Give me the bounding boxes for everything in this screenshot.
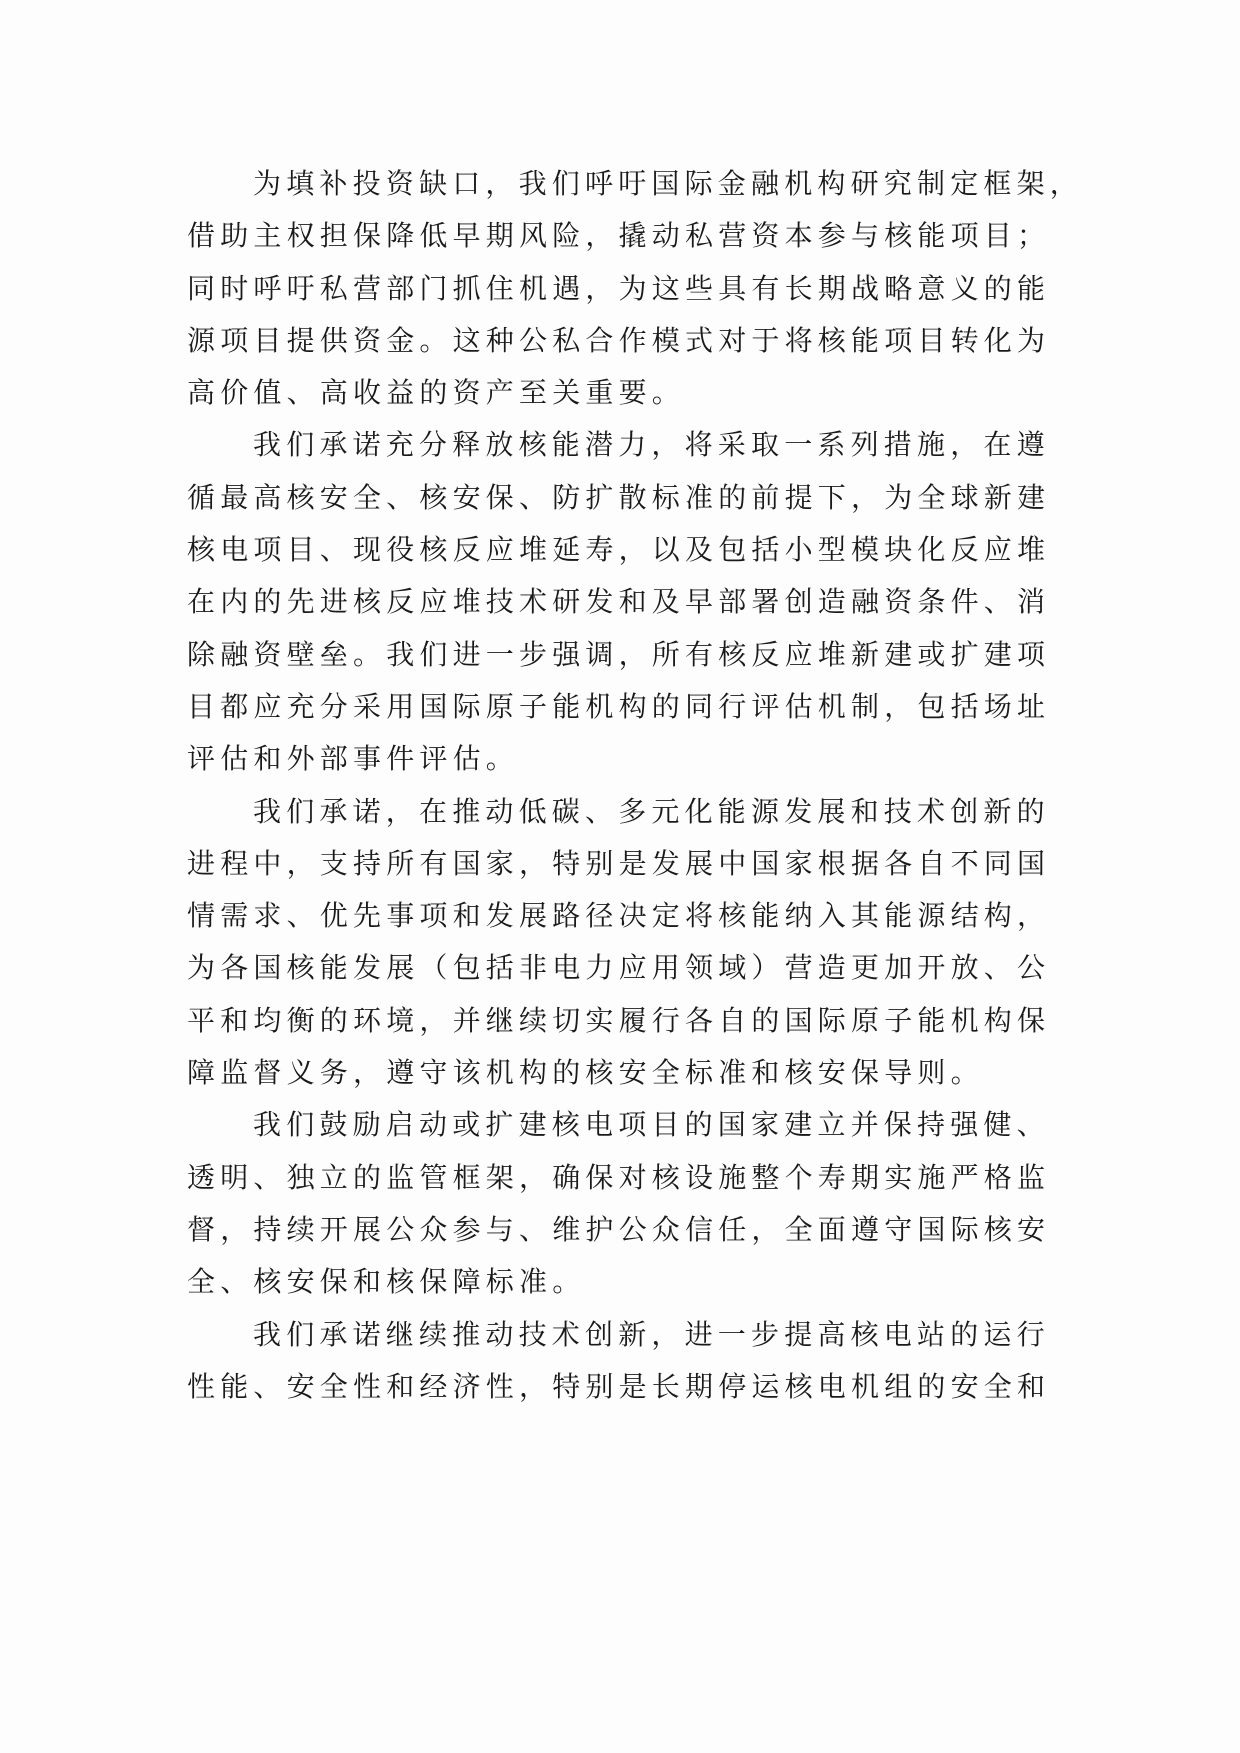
text-line: 全、核安保和核保障标准。 bbox=[187, 1256, 1067, 1308]
text-line: 高价值、高收益的资产至关重要。 bbox=[187, 367, 1067, 419]
text-line: 借助主权担保降低早期风险，撬动私营资本参与核能项目； bbox=[187, 210, 1067, 262]
text-line: 性能、安全性和经济性，特别是长期停运核电机组的安全和 bbox=[187, 1361, 1067, 1413]
text-line: 情需求、优先事项和发展路径决定将核能纳入其能源结构， bbox=[187, 890, 1067, 942]
text-line: 目都应充分采用国际原子能机构的同行评估机制，包括场址 bbox=[187, 681, 1067, 733]
text-line: 为各国核能发展（包括非电力应用领域）营造更加开放、公 bbox=[187, 942, 1067, 994]
paragraph-technical-innovation: 我们承诺继续推动技术创新，进一步提高核电站的运行 性能、安全性和经济性，特别是长… bbox=[187, 1309, 1067, 1414]
text-line: 进程中，支持所有国家，特别是发展中国家根据各自不同国 bbox=[187, 838, 1067, 890]
text-line: 障监督义务，遵守该机构的核安全标准和核安保导则。 bbox=[187, 1047, 1067, 1099]
text-line: 在内的先进核反应堆技术研发和及早部署创造融资条件、消 bbox=[187, 576, 1067, 628]
text-line: 核电项目、现役核反应堆延寿，以及包括小型模块化反应堆 bbox=[187, 524, 1067, 576]
text-line: 平和均衡的环境，并继续切实履行各自的国际原子能机构保 bbox=[187, 995, 1067, 1047]
text-line: 循最高核安全、核安保、防扩散标准的前提下，为全球新建 bbox=[187, 472, 1067, 524]
text-line: 我们鼓励启动或扩建核电项目的国家建立并保持强健、 bbox=[187, 1099, 1067, 1151]
paragraph-regulatory-framework: 我们鼓励启动或扩建核电项目的国家建立并保持强健、 透明、独立的监管框架，确保对核… bbox=[187, 1099, 1067, 1308]
text-line: 同时呼吁私营部门抓住机遇，为这些具有长期战略意义的能 bbox=[187, 263, 1067, 315]
text-line: 我们承诺，在推动低碳、多元化能源发展和技术创新的 bbox=[187, 786, 1067, 838]
document-page: 为填补投资缺口，我们呼吁国际金融机构研究制定框架， 借助主权担保降低早期风险，撬… bbox=[187, 158, 1067, 1413]
text-line: 我们承诺充分释放核能潜力，将采取一系列措施，在遵 bbox=[187, 419, 1067, 471]
text-line: 源项目提供资金。这种公私合作模式对于将核能项目转化为 bbox=[187, 315, 1067, 367]
text-line: 评估和外部事件评估。 bbox=[187, 733, 1067, 785]
text-line: 督，持续开展公众参与、维护公众信任，全面遵守国际核安 bbox=[187, 1204, 1067, 1256]
paragraph-support-all-countries: 我们承诺，在推动低碳、多元化能源发展和技术创新的 进程中，支持所有国家，特别是发… bbox=[187, 786, 1067, 1100]
text-line: 为填补投资缺口，我们呼吁国际金融机构研究制定框架， bbox=[187, 158, 1067, 210]
text-line: 除融资壁垒。我们进一步强调，所有核反应堆新建或扩建项 bbox=[187, 629, 1067, 681]
paragraph-investment-gap: 为填补投资缺口，我们呼吁国际金融机构研究制定框架， 借助主权担保降低早期风险，撬… bbox=[187, 158, 1067, 419]
paragraph-nuclear-potential: 我们承诺充分释放核能潜力，将采取一系列措施，在遵 循最高核安全、核安保、防扩散标… bbox=[187, 419, 1067, 785]
text-line: 我们承诺继续推动技术创新，进一步提高核电站的运行 bbox=[187, 1309, 1067, 1361]
text-line: 透明、独立的监管框架，确保对核设施整个寿期实施严格监 bbox=[187, 1152, 1067, 1204]
